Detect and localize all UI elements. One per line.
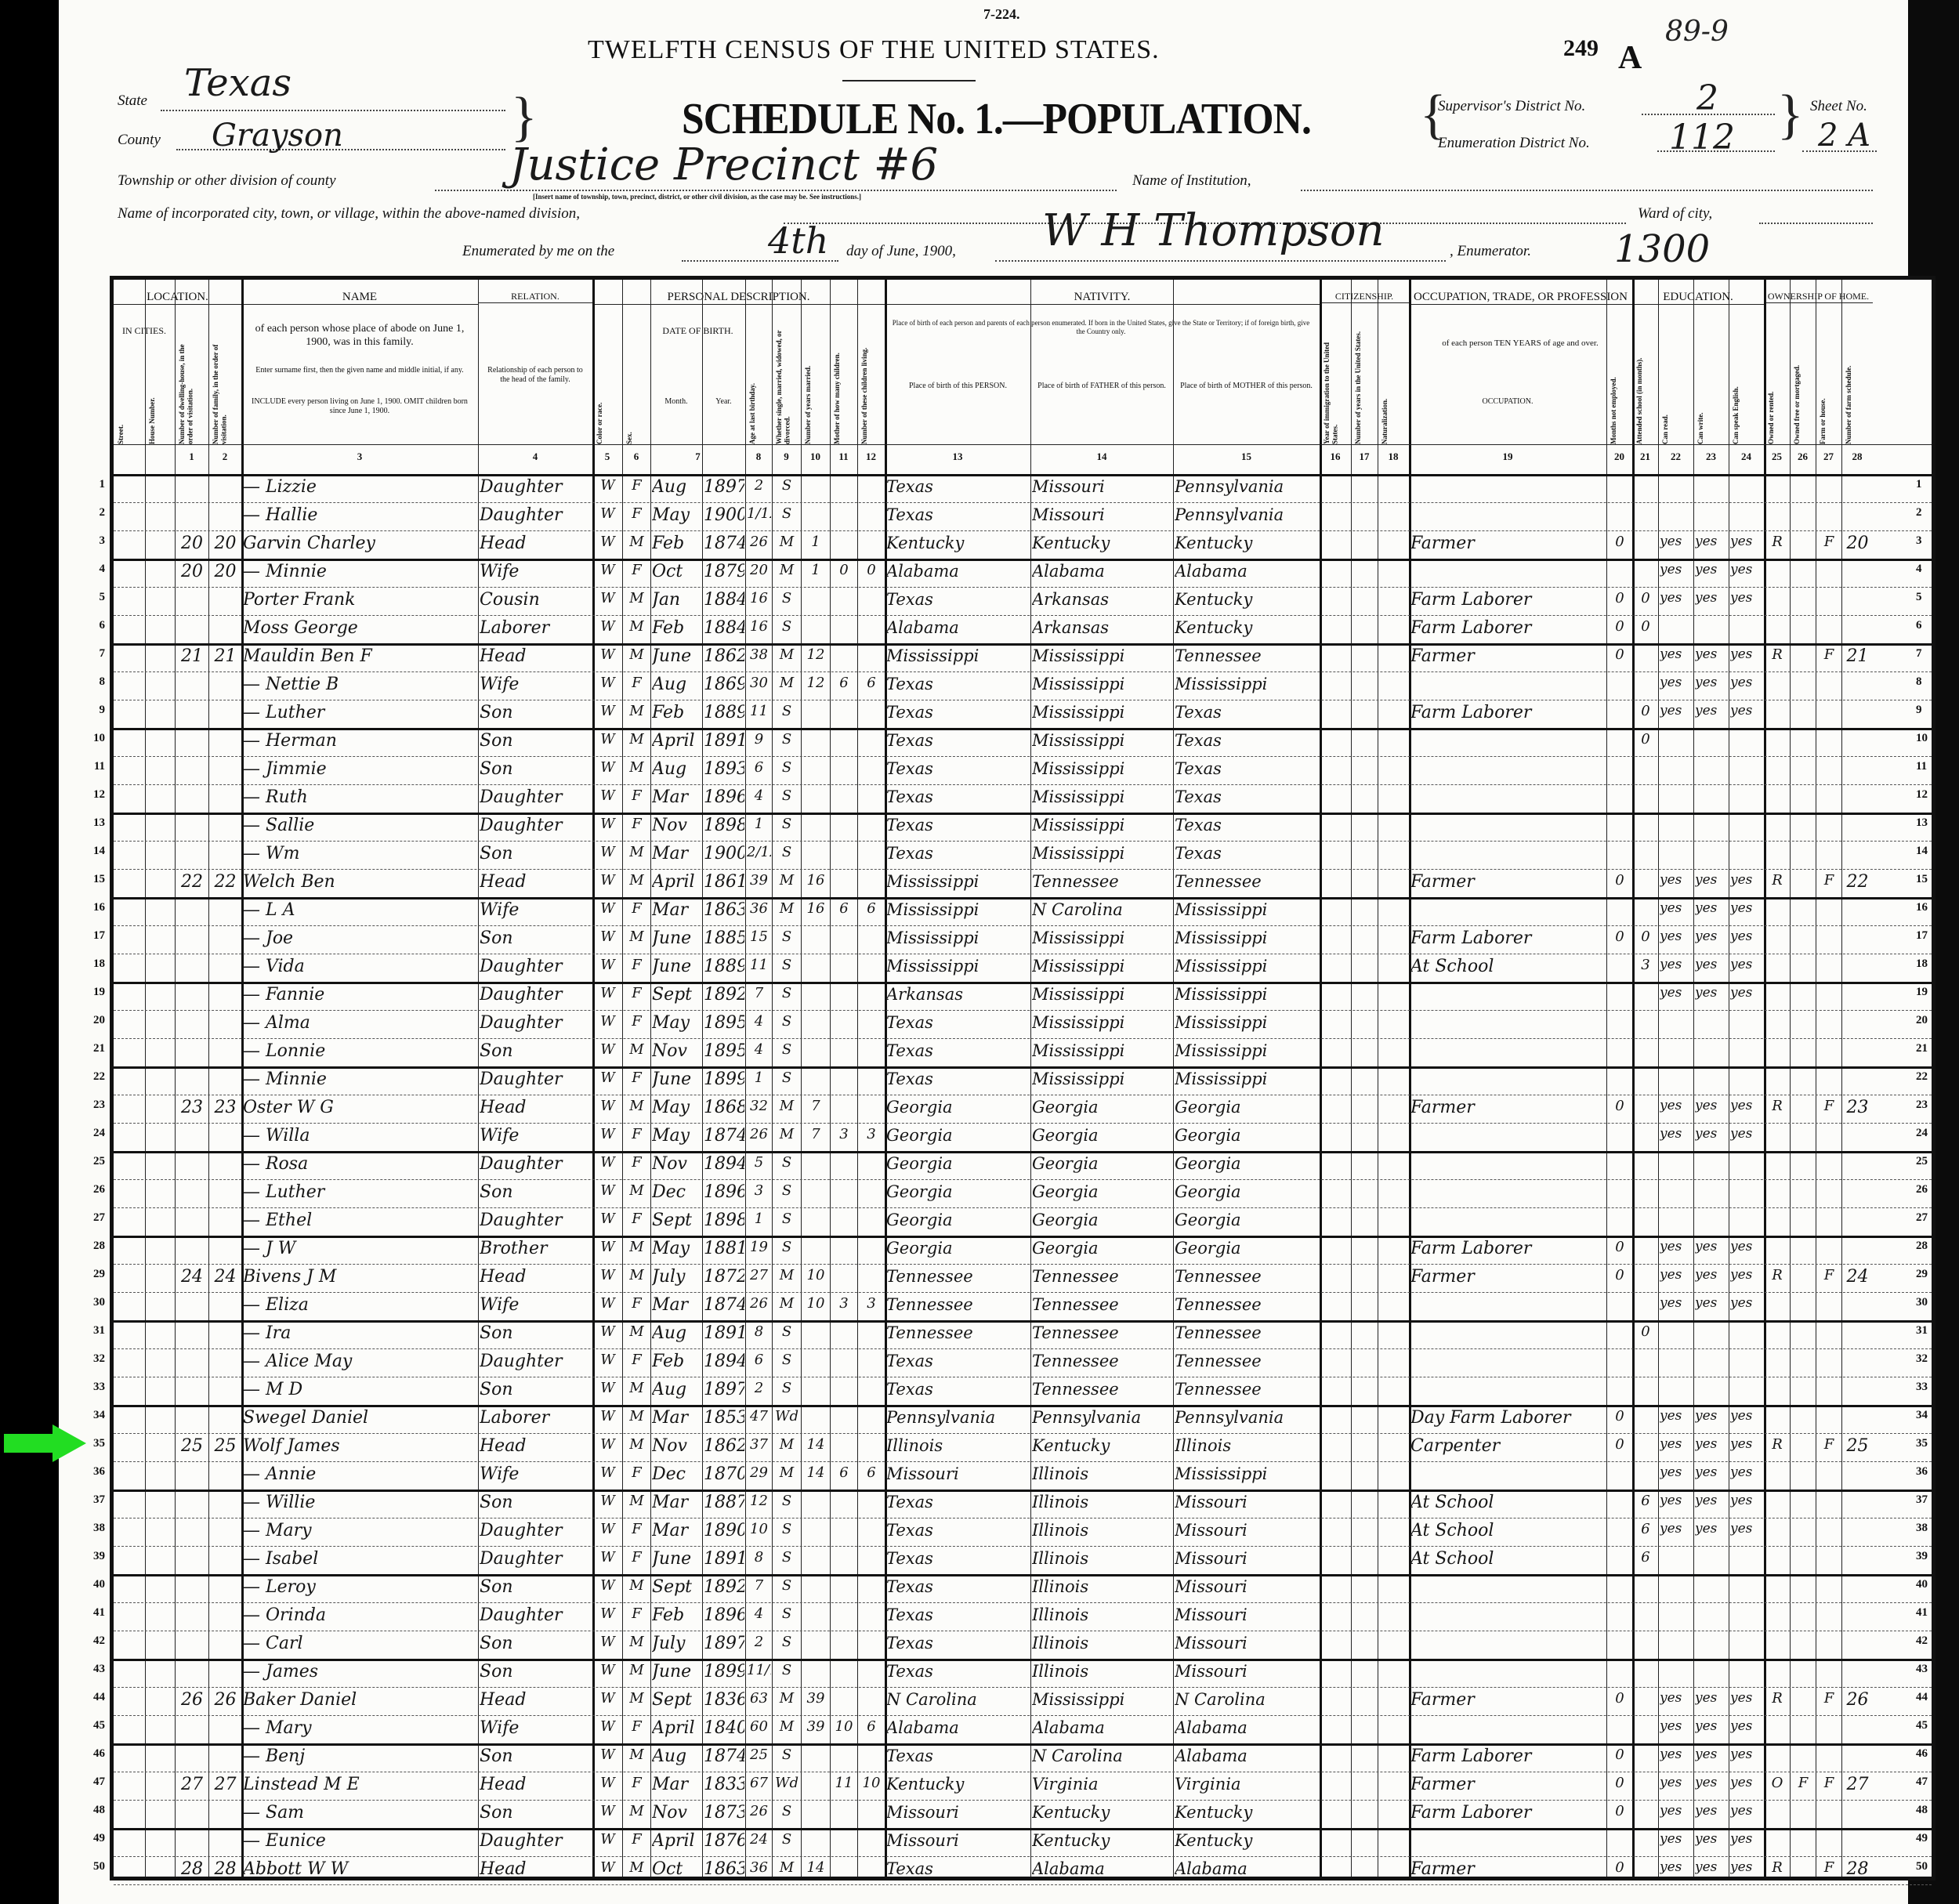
- cell-name: — Sam: [243, 1803, 477, 1823]
- cell-year: 1895: [704, 1013, 744, 1033]
- cell-ym: 7: [802, 1126, 829, 1142]
- row-number-right: 15: [1916, 873, 1928, 886]
- cell-speak: yes: [1730, 1718, 1763, 1734]
- cell-month: July: [652, 1267, 701, 1287]
- table-row[interactable]: — JoeSonWMJune188515SMississippiMississi…: [114, 925, 1932, 954]
- table-row[interactable]: Moss GeorgeLaborerWMFeb188416SAlabamaArk…: [114, 615, 1932, 643]
- row-number-right: 49: [1916, 1832, 1928, 1845]
- cell-school: 0: [1634, 731, 1657, 747]
- cell-marital: S: [773, 1493, 800, 1509]
- cell-mother: 6: [831, 900, 856, 917]
- table-row[interactable]: 2525Wolf JamesHeadWMNov186237M14Illinois…: [114, 1433, 1932, 1461]
- table-row[interactable]: 2222Welch BenHeadWMApril186139M16Mississ…: [114, 869, 1932, 897]
- table-row[interactable]: — AnnieWifeWFDec187029M1466MissouriIllin…: [114, 1461, 1932, 1490]
- cell-marital: S: [773, 1831, 800, 1848]
- enumerator-label: , Enumerator.: [1450, 243, 1531, 260]
- table-row[interactable]: — JamesSonWMJune189911/12STexasIllinoisM…: [114, 1659, 1932, 1687]
- cell-age: 24: [747, 1831, 771, 1848]
- nativity-description: Place of birth of each person and parent…: [889, 319, 1313, 336]
- row-number-right: 23: [1916, 1099, 1928, 1112]
- column-number: 15: [1173, 451, 1320, 463]
- row-number-right: 9: [1916, 704, 1922, 717]
- cell-family: 24: [210, 1267, 241, 1287]
- header-can-speak: Can speak English.: [1732, 327, 1761, 444]
- table-row[interactable]: — MinnieDaughterWFJune18991STexasMississ…: [114, 1066, 1932, 1095]
- cell-mother: 3: [831, 1126, 856, 1142]
- cell-birth: Texas: [886, 1549, 1030, 1568]
- cell-occupation: At School: [1410, 957, 1606, 976]
- cell-year: 1874: [704, 534, 744, 553]
- table-row[interactable]: 2323Oster W GHeadWMMay186832M7GeorgiaGeo…: [114, 1095, 1932, 1123]
- cell-marital: S: [773, 1352, 800, 1368]
- header-years-married: Number of years married.: [804, 327, 827, 444]
- cell-name: — James: [243, 1662, 477, 1681]
- enumerated-prefix: Enumerated by me on the: [462, 243, 614, 260]
- institution-line: [1301, 190, 1873, 191]
- table-row[interactable]: — WmSonWMMar19002/12STexasMississippiTex…: [114, 841, 1932, 869]
- cell-color: W: [594, 787, 621, 804]
- cell-ym: 16: [802, 900, 829, 917]
- row-number-left: 15: [85, 873, 105, 886]
- cell-name: — Luther: [243, 1182, 477, 1202]
- cell-name: — Willa: [243, 1126, 477, 1146]
- cell-mother-birth: Kentucky: [1175, 590, 1319, 609]
- cell-month: Aug: [652, 477, 701, 497]
- cell-owned: R: [1765, 534, 1789, 550]
- cell-read: yes: [1660, 1436, 1693, 1452]
- cell-year: 1872: [704, 1267, 744, 1287]
- table-row[interactable]: — ElizaWifeWFMar187426M1033TennesseeTenn…: [114, 1292, 1932, 1320]
- row-number-right: 28: [1916, 1240, 1928, 1253]
- table-row[interactable]: 2828Abbott W WHeadWMOct186336M14TexasAla…: [114, 1856, 1932, 1884]
- cell-read: yes: [1660, 646, 1693, 662]
- cell-marital: S: [773, 1662, 800, 1678]
- cell-unemployed: 0: [1608, 590, 1631, 606]
- cell-speak: yes: [1730, 1464, 1763, 1480]
- cell-mother-birth: Missouri: [1175, 1577, 1319, 1596]
- cell-ym: 7: [802, 1098, 829, 1114]
- table-row[interactable]: Porter FrankCousinWMJan188416STexasArkan…: [114, 587, 1932, 615]
- cell-mother-birth: Texas: [1175, 816, 1319, 834]
- cell-name: — J W: [243, 1239, 477, 1258]
- enumerator-name: W H Thompson: [1042, 205, 1385, 256]
- month-header: Month.: [650, 397, 702, 407]
- cell-sex: F: [624, 985, 650, 1001]
- table-row[interactable]: — LutherSonWMFeb188911STexasMississippiT…: [114, 700, 1932, 728]
- cell-year: 1899: [704, 1662, 744, 1681]
- table-row[interactable]: — LonnieSonWMNov18954STexasMississippiMi…: [114, 1038, 1932, 1066]
- table-row[interactable]: 2424Bivens J MHeadWMJuly187227M10Tenness…: [114, 1264, 1932, 1292]
- cell-occupation: At School: [1410, 1521, 1606, 1540]
- header-immigration: Year of immigration to the United States…: [1323, 327, 1348, 444]
- table-row[interactable]: — OrindaDaughterWFFeb18964STexasIllinois…: [114, 1602, 1932, 1631]
- cell-unemployed: 0: [1608, 646, 1631, 663]
- township-note: [Insert name of township, town, precinct…: [533, 193, 861, 201]
- cell-birth: N Carolina: [886, 1690, 1030, 1709]
- row-number-left: 37: [85, 1493, 105, 1507]
- cell-occupation: Farmer: [1410, 1098, 1606, 1117]
- cell-name: Bivens J M: [243, 1267, 477, 1287]
- cell-color: W: [594, 590, 621, 606]
- cell-write: yes: [1695, 900, 1728, 916]
- cell-father: Kentucky: [1032, 1436, 1172, 1455]
- township-value: Justice Precinct #6: [509, 139, 938, 190]
- table-row[interactable]: — SallieDaughterWFNov18981STexasMississi…: [114, 813, 1932, 841]
- cell-name: — Ruth: [243, 787, 477, 807]
- cell-mother-birth: Missouri: [1175, 1634, 1319, 1652]
- cell-farm: F: [1817, 1098, 1841, 1114]
- cell-month: Mar: [652, 1408, 701, 1428]
- table-row[interactable]: — EuniceDaughterWFApril187624SMissouriKe…: [114, 1828, 1932, 1856]
- cell-mother-birth: Kentucky: [1175, 534, 1319, 552]
- cell-mother-birth: Georgia: [1175, 1154, 1319, 1173]
- row-number-right: 29: [1916, 1268, 1928, 1281]
- table-row[interactable]: — LizzieDaughterWFAug18972STexasMissouri…: [114, 474, 1932, 502]
- cell-mother: 0: [831, 562, 856, 578]
- cell-birth: Missouri: [886, 1464, 1030, 1483]
- cell-birth: Texas: [886, 1070, 1030, 1088]
- cell-birth: Texas: [886, 816, 1030, 834]
- cell-sex: M: [624, 928, 650, 945]
- cell-marital: M: [773, 1295, 800, 1312]
- table-row[interactable]: — LutherSonWMDec18963SGeorgiaGeorgiaGeor…: [114, 1179, 1932, 1207]
- table-row[interactable]: — VidaDaughterWFJune188911SMississippiMi…: [114, 954, 1932, 982]
- table-row[interactable]: — RuthDaughterWFMar18964STexasMississipp…: [114, 784, 1932, 813]
- cell-year: 1897: [704, 1634, 744, 1653]
- cell-relation: Head: [480, 1775, 592, 1794]
- cell-relation: Cousin: [480, 590, 592, 610]
- cell-father: Arkansas: [1032, 618, 1172, 637]
- cell-color: W: [594, 1747, 621, 1763]
- cell-dwelling: 24: [176, 1267, 208, 1287]
- cell-birth: Georgia: [886, 1211, 1030, 1229]
- cell-read: yes: [1660, 1690, 1693, 1706]
- cell-month: May: [652, 505, 701, 525]
- cell-color: W: [594, 1690, 621, 1707]
- row-number-left: 48: [85, 1804, 105, 1817]
- table-row[interactable]: — L AWifeWFMar186336M1666MississippiN Ca…: [114, 897, 1932, 925]
- cell-speak: yes: [1730, 1098, 1763, 1113]
- cell-sex: M: [624, 1041, 650, 1058]
- cell-owned: R: [1765, 1690, 1789, 1707]
- cell-month: Mar: [652, 1295, 701, 1315]
- header-can-read: Can read.: [1661, 327, 1690, 444]
- cell-year: 1868: [704, 1098, 744, 1117]
- table-row[interactable]: 2626Baker DanielHeadWMSept183663M39N Car…: [114, 1687, 1932, 1715]
- name-instructions: Enter surname first, then the given name…: [247, 366, 473, 375]
- cell-dwelling: 20: [176, 562, 208, 581]
- table-row[interactable]: — LeroySonWMSept18927STexasIllinoisMisso…: [114, 1574, 1932, 1602]
- cell-relation: Son: [480, 928, 592, 948]
- cell-owned: R: [1765, 646, 1789, 663]
- cell-read: yes: [1660, 1408, 1693, 1424]
- cell-father: Mississippi: [1032, 844, 1172, 863]
- cell-sex: F: [624, 1521, 650, 1537]
- column-number: 24: [1729, 451, 1764, 463]
- cell-mother: 3: [831, 1295, 856, 1312]
- cell-name: Oster W G: [243, 1098, 477, 1117]
- cell-name: — Lonnie: [243, 1041, 477, 1061]
- cell-relation: Son: [480, 1662, 592, 1681]
- cell-living: 3: [859, 1295, 884, 1312]
- cell-month: April: [652, 1831, 701, 1851]
- cell-name: Porter Frank: [243, 590, 477, 610]
- table-row[interactable]: — SamSonWMNov187326SMissouriKentuckyKent…: [114, 1800, 1932, 1828]
- cell-age: 16: [747, 618, 771, 635]
- cell-mother-birth: Texas: [1175, 787, 1319, 806]
- cell-father: Mississippi: [1032, 1690, 1172, 1709]
- occupation-header: OCCUPATION.: [1409, 397, 1606, 407]
- table-row[interactable]: — AlmaDaughterWFMay18954STexasMississipp…: [114, 1010, 1932, 1038]
- cell-year: 1896: [704, 1182, 744, 1202]
- table-row[interactable]: — WillaWifeWFMay187426M733GeorgiaGeorgia…: [114, 1123, 1932, 1151]
- group-name: NAME: [241, 291, 478, 305]
- cell-living: 10: [859, 1775, 884, 1791]
- cell-month: June: [652, 957, 701, 976]
- cell-owned: R: [1765, 1267, 1789, 1283]
- cell-marital: M: [773, 1267, 800, 1283]
- cell-relation: Son: [480, 1493, 592, 1512]
- row-number-left: 30: [85, 1296, 105, 1309]
- table-row[interactable]: — WillieSonWMMar188712STexasIllinoisMiss…: [114, 1490, 1932, 1518]
- institution-label: Name of Institution,: [1132, 172, 1251, 190]
- supervisor-value: 2: [1696, 78, 1718, 118]
- cell-month: Feb: [652, 534, 701, 553]
- cell-birth: Texas: [886, 1605, 1030, 1624]
- cell-relation: Son: [480, 1380, 592, 1399]
- cell-month: Feb: [652, 1605, 701, 1625]
- table-row[interactable]: — JimmieSonWMAug18936STexasMississippiTe…: [114, 756, 1932, 784]
- cell-year: 1862: [704, 1436, 744, 1456]
- state-line: [161, 110, 505, 111]
- cell-mother-birth: Mississippi: [1175, 928, 1319, 947]
- cell-name: — Herman: [243, 731, 477, 751]
- cell-write: yes: [1695, 1098, 1728, 1113]
- cell-age: 4: [747, 1605, 771, 1622]
- cell-name: — Orinda: [243, 1605, 477, 1625]
- row-number-left: 43: [85, 1663, 105, 1676]
- cell-mother-birth: Tennessee: [1175, 1323, 1319, 1342]
- cell-school: 0: [1634, 1323, 1657, 1340]
- cell-read: yes: [1660, 1521, 1693, 1537]
- cell-mother: 11: [831, 1775, 856, 1791]
- cell-farm: F: [1817, 646, 1841, 663]
- cell-schedule: 20: [1843, 534, 1872, 553]
- cell-birth: Texas: [886, 1380, 1030, 1399]
- column-number: 3: [241, 451, 478, 463]
- cell-mother-birth: Texas: [1175, 759, 1319, 778]
- cell-schedule: 24: [1843, 1267, 1872, 1287]
- cell-write: yes: [1695, 1690, 1728, 1706]
- row-number-left: 35: [85, 1437, 105, 1450]
- state-label: State: [118, 92, 147, 110]
- cell-relation: Son: [480, 703, 592, 722]
- enumeration-label: Enumeration District No.: [1438, 135, 1590, 152]
- name-include-note: INCLUDE every person living on June 1, 1…: [247, 397, 473, 416]
- table-row[interactable]: — Nettie BWifeWFAug186930M1266TexasMissi…: [114, 671, 1932, 700]
- cell-year: 1892: [704, 985, 744, 1004]
- cell-mother-birth: Tennessee: [1175, 1295, 1319, 1314]
- cell-farm: F: [1817, 1267, 1841, 1283]
- cell-year: 1895: [704, 1041, 744, 1061]
- cell-occupation: Farmer: [1410, 872, 1606, 892]
- table-row[interactable]: — IraSonWMAug18918STennesseeTennesseeTen…: [114, 1320, 1932, 1348]
- cell-speak: yes: [1730, 985, 1763, 1001]
- cell-relation: Daughter: [480, 1070, 592, 1089]
- cell-age: 26: [747, 1803, 771, 1819]
- table-row[interactable]: — BenjSonWMAug187425STexasN CarolinaAlab…: [114, 1743, 1932, 1772]
- cell-read: yes: [1660, 1493, 1693, 1508]
- cell-speak: yes: [1730, 1239, 1763, 1254]
- table-row[interactable]: — Alice MayDaughterWFFeb18946STexasTenne…: [114, 1348, 1932, 1377]
- cell-color: W: [594, 872, 621, 889]
- cell-color: W: [594, 1098, 621, 1114]
- row-number-left: 21: [85, 1042, 105, 1055]
- cell-marital: Wd: [773, 1775, 800, 1791]
- cell-birth: Mississippi: [886, 900, 1030, 919]
- cell-name: — Wm: [243, 844, 477, 863]
- cell-mother-birth: Alabama: [1175, 562, 1319, 581]
- header-farm-house: Farm or house.: [1819, 327, 1838, 444]
- table-row[interactable]: — HallieDaughterWFMay19001/12STexasMisso…: [114, 502, 1932, 530]
- cell-sex: M: [624, 1690, 650, 1707]
- table-row[interactable]: 2727Linstead M EHeadWFMar183367Wd1110Ken…: [114, 1772, 1932, 1800]
- cell-speak: yes: [1730, 646, 1763, 662]
- cell-sex: M: [624, 1859, 650, 1876]
- cell-color: W: [594, 1154, 621, 1171]
- cell-birth: Pennsylvania: [886, 1408, 1030, 1427]
- cell-marital: S: [773, 1041, 800, 1058]
- cell-occupation: Farmer: [1410, 1267, 1606, 1287]
- header-naturalization: Naturalization.: [1381, 327, 1406, 444]
- cell-birth: Texas: [886, 505, 1030, 524]
- cell-color: W: [594, 534, 621, 550]
- cell-mother-birth: Tennessee: [1175, 1380, 1319, 1399]
- cell-year: 1862: [704, 646, 744, 666]
- row-number-right: 14: [1916, 845, 1928, 858]
- cell-color: W: [594, 1436, 621, 1453]
- table-row[interactable]: — EthelDaughterWFSept18981SGeorgiaGeorgi…: [114, 1207, 1932, 1236]
- cell-year: 1836: [704, 1690, 744, 1710]
- cell-month: Nov: [652, 1436, 701, 1456]
- row-number-right: 39: [1916, 1550, 1928, 1563]
- cell-marital: M: [773, 1436, 800, 1453]
- ward-label: Ward of city,: [1638, 205, 1712, 223]
- cell-speak: yes: [1730, 1831, 1763, 1847]
- cell-schedule: 22: [1843, 872, 1872, 892]
- row-number-right: 48: [1916, 1804, 1928, 1817]
- table-row[interactable]: — M DSonWMAug18972STexasTennesseeTenness…: [114, 1377, 1932, 1405]
- sheet-note: 89-9: [1665, 16, 1729, 48]
- table-row[interactable]: — RosaDaughterWFNov18945SGeorgiaGeorgiaG…: [114, 1151, 1932, 1179]
- cell-birth: Tennessee: [886, 1295, 1030, 1314]
- cell-relation: Laborer: [480, 618, 592, 638]
- cell-mother-birth: Tennessee: [1175, 1267, 1319, 1286]
- cell-age: 29: [747, 1464, 771, 1481]
- row-number-right: 11: [1916, 760, 1927, 773]
- cell-marital: S: [773, 787, 800, 804]
- table-row[interactable]: 2020— MinnieWifeWFOct187920M100AlabamaAl…: [114, 559, 1932, 587]
- cell-month: Mar: [652, 787, 701, 807]
- cell-color: W: [594, 1239, 621, 1255]
- cell-year: 1898: [704, 1211, 744, 1230]
- cell-name: — Mary: [243, 1718, 477, 1738]
- cell-birth: Kentucky: [886, 534, 1030, 552]
- column-number: 4: [478, 451, 592, 463]
- cell-month: Sept: [652, 1211, 701, 1230]
- cell-marital: M: [773, 675, 800, 691]
- table-row[interactable]: 2020Garvin CharleyHeadWMFeb187426M1Kentu…: [114, 530, 1932, 559]
- cell-write: yes: [1695, 1775, 1728, 1790]
- cell-read: yes: [1660, 1718, 1693, 1734]
- table-row[interactable]: — MaryWifeWFApril184060M39106AlabamaAlab…: [114, 1715, 1932, 1743]
- cell-birth: Texas: [886, 759, 1030, 778]
- row-number-right: 41: [1916, 1606, 1928, 1620]
- header-years-in-us: Number of years in the United States.: [1354, 327, 1374, 444]
- header-can-write: Can write.: [1696, 327, 1725, 444]
- table-row[interactable]: — HermanSonWMApril18919STexasMississippi…: [114, 728, 1932, 756]
- cell-color: W: [594, 957, 621, 973]
- cell-month: Sept: [652, 1577, 701, 1597]
- cell-write: yes: [1695, 590, 1728, 606]
- cell-age: 38: [747, 646, 771, 663]
- cell-schedule: 25: [1843, 1436, 1872, 1456]
- cell-marital: S: [773, 477, 800, 494]
- cell-name: Linstead M E: [243, 1775, 477, 1794]
- row-number-right: 43: [1916, 1663, 1928, 1676]
- cell-name: — Fannie: [243, 985, 477, 1004]
- table-row[interactable]: Swegel DanielLaborerWMMar185347WdPennsyl…: [114, 1405, 1932, 1433]
- cell-ym: 12: [802, 675, 829, 691]
- cell-mother: 6: [831, 675, 856, 691]
- cell-year: 1874: [704, 1747, 744, 1766]
- cell-living: 3: [859, 1126, 884, 1142]
- table-row[interactable]: 2121Mauldin Ben FHeadWMJune186238M12Miss…: [114, 643, 1932, 671]
- cell-school: 0: [1634, 618, 1657, 635]
- row-number-left: 22: [85, 1070, 105, 1084]
- cell-father: Tennessee: [1032, 1295, 1172, 1314]
- cell-name: — Ira: [243, 1323, 477, 1343]
- cell-speak: yes: [1730, 1521, 1763, 1537]
- cell-relation: Son: [480, 1747, 592, 1766]
- row-number-left: 31: [85, 1324, 105, 1338]
- cell-sex: M: [624, 731, 650, 747]
- cell-sex: M: [624, 1803, 650, 1819]
- table-row[interactable]: — FannieDaughterWFSept18927SArkansasMiss…: [114, 982, 1932, 1010]
- cell-age: 32: [747, 1098, 771, 1114]
- row-number-right: 21: [1916, 1042, 1928, 1055]
- cell-farm: F: [1817, 872, 1841, 889]
- cell-speak: yes: [1730, 703, 1763, 719]
- group-personal: PERSONAL DESCRIPTION.: [592, 291, 885, 305]
- cell-mother-birth: Texas: [1175, 731, 1319, 750]
- cell-family: 20: [210, 562, 241, 581]
- cell-write: yes: [1695, 1521, 1728, 1537]
- cell-name: — Ethel: [243, 1211, 477, 1230]
- cell-age: 2: [747, 477, 771, 494]
- cell-mother-birth: Missouri: [1175, 1521, 1319, 1540]
- cell-relation: Daughter: [480, 1013, 592, 1033]
- brace: }: [511, 90, 538, 145]
- cell-age: 11: [747, 703, 771, 719]
- cell-age: 47: [747, 1408, 771, 1424]
- table-row[interactable]: — MaryDaughterWFMar189010STexasIllinoisM…: [114, 1518, 1932, 1546]
- table-row[interactable]: — IsabelDaughterWFJune18918STexasIllinoi…: [114, 1546, 1932, 1574]
- cell-relation: Head: [480, 1690, 592, 1710]
- cell-ym: 12: [802, 646, 829, 663]
- table-row[interactable]: — CarlSonWMJuly18972STexasIllinoisMissou…: [114, 1631, 1932, 1659]
- table-row[interactable]: — J WBrotherWMMay188119SGeorgiaGeorgiaGe…: [114, 1236, 1932, 1264]
